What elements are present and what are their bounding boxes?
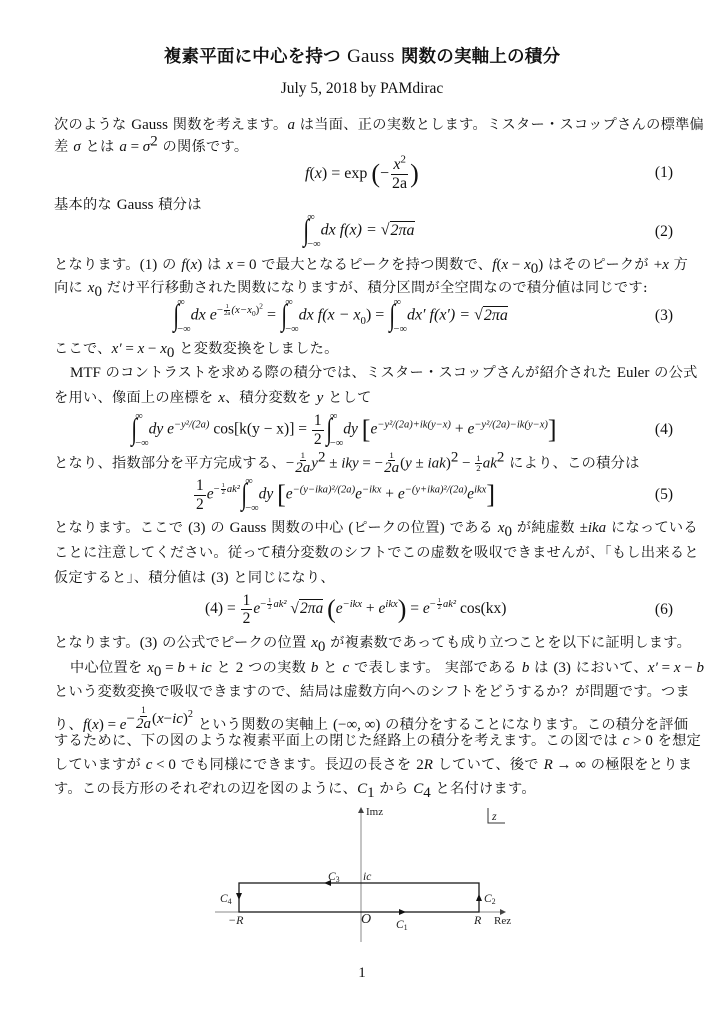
svg-text:−R: −R <box>228 913 244 927</box>
svg-text:Imz: Imz <box>366 806 383 818</box>
svg-text:O: O <box>361 912 371 927</box>
svg-text:R: R <box>473 913 482 927</box>
svg-text:C4: C4 <box>220 893 232 906</box>
svg-text:Rez: Rez <box>494 915 511 927</box>
contour-diagram: Imz z ic C3 C4 C2 −R O C1 R Rez <box>0 0 724 1024</box>
c4-arrow-icon <box>236 893 242 900</box>
svg-text:C2: C2 <box>484 893 496 906</box>
svg-text:z: z <box>491 809 497 823</box>
svg-text:C3: C3 <box>328 871 340 884</box>
c2-arrow-icon <box>476 894 482 901</box>
svg-text:C1: C1 <box>396 919 408 932</box>
svg-text:ic: ic <box>363 871 371 883</box>
page-number: 1 <box>0 965 724 982</box>
contour-rectangle <box>239 883 479 912</box>
c1-arrow-icon <box>399 909 406 915</box>
